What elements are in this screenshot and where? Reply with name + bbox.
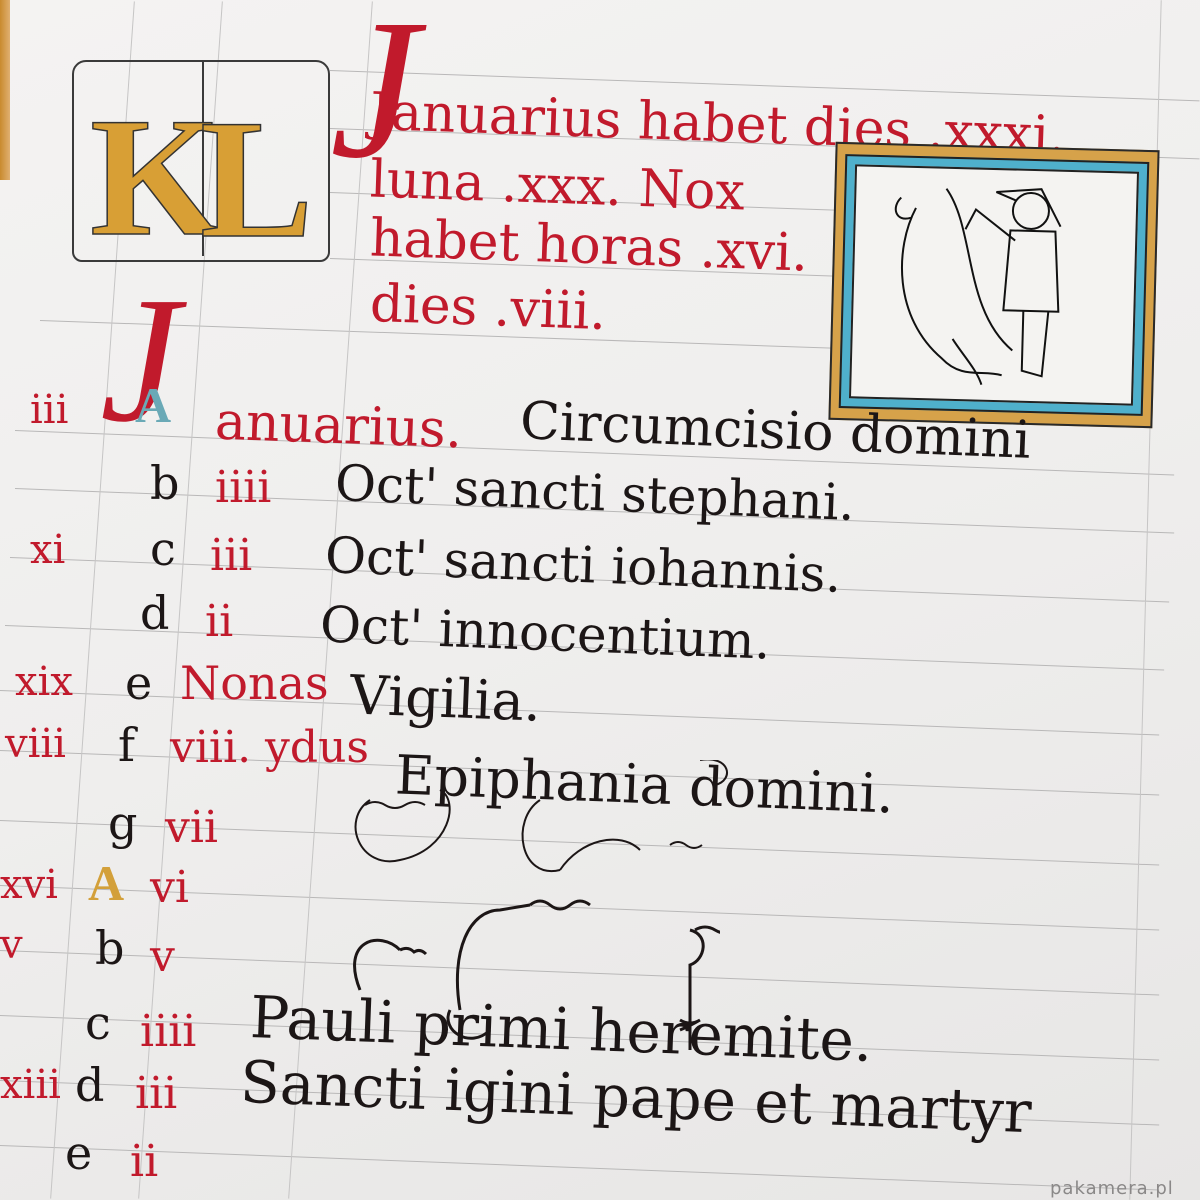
golden-number: xi <box>30 530 65 570</box>
feast-text: Oct' innocentium. <box>319 599 771 666</box>
golden-number: xvi <box>0 865 58 905</box>
dominical-letter: b <box>95 925 124 971</box>
cadel-flourish-icon <box>300 880 720 1080</box>
header-line-4: dies .viii. <box>369 278 607 338</box>
dominical-letter: f <box>118 722 135 768</box>
date-count: vii <box>165 806 218 850</box>
watermark: pakamera.pl <box>1050 1178 1174 1199</box>
dominical-letter: d <box>140 590 169 636</box>
header-line-3: habet horas .xvi. <box>369 212 809 279</box>
date-count: iiii <box>215 466 271 510</box>
date-count: ii <box>205 600 233 644</box>
butcher-ox-drawing-icon <box>851 166 1137 399</box>
header-line-2: luna .xxx. Nox <box>369 153 745 218</box>
dominical-letter: b <box>150 460 179 506</box>
date-count: vi <box>150 866 189 910</box>
feast-text: Oct' sancti iohannis. <box>324 530 842 600</box>
golden-number: iii <box>30 390 68 430</box>
feast-text: Vigilia. <box>349 668 542 729</box>
manuscript-page: K L J Januarius habet dies .xxxi. luna .… <box>0 0 1200 1200</box>
page-edge <box>0 0 10 180</box>
miniature-panel <box>849 164 1139 405</box>
date-count: ii <box>130 1140 158 1184</box>
date-count: Nonas <box>180 660 329 706</box>
feast-text: Oct' sancti stephani. <box>334 458 855 528</box>
dominical-letter: e <box>65 1130 92 1176</box>
ruling-line <box>0 1145 1159 1191</box>
golden-number: viii <box>5 724 66 764</box>
golden-number: xiii <box>0 1065 61 1105</box>
dominical-letter: A <box>135 380 171 430</box>
date-count: iii <box>135 1072 177 1116</box>
date-count: v <box>150 935 175 979</box>
dominical-letter: A <box>88 858 124 908</box>
initial-l: L <box>200 82 313 277</box>
miniature-illustration <box>828 142 1159 428</box>
golden-number: v <box>0 925 23 965</box>
feast-month-label: anuarius. <box>214 396 463 457</box>
date-count: iiii <box>140 1010 196 1054</box>
golden-number: xix <box>15 662 73 702</box>
dominical-letter: c <box>85 1000 111 1046</box>
dominical-letter: e <box>125 660 152 706</box>
dominical-letter: g <box>108 800 137 846</box>
dominical-letter: c <box>150 526 176 572</box>
dominical-letter: d <box>75 1062 104 1108</box>
date-count: iii <box>210 534 252 578</box>
